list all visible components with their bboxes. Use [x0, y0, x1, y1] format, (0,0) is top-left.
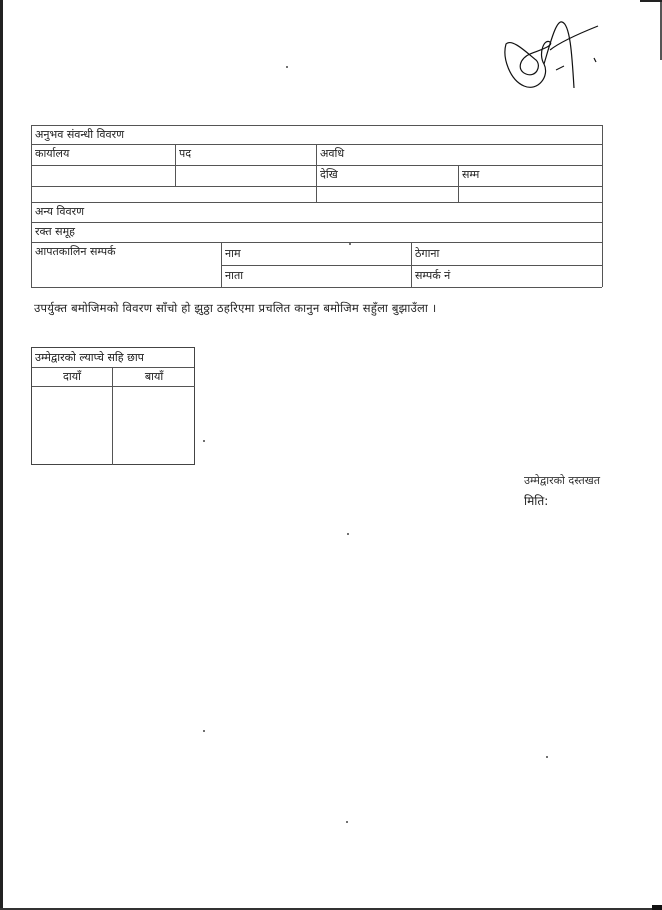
right-thumbprint-area [32, 387, 113, 465]
post-field[interactable] [176, 166, 315, 186]
scan-edge [652, 905, 662, 910]
from-date-field[interactable] [317, 187, 457, 202]
date-label: मिति: [524, 492, 548, 509]
right-thumb-label: दायाँ [32, 368, 113, 387]
scan-edge [0, 0, 3, 910]
other-details-title: अन्य विवरण [32, 203, 87, 221]
left-thumbprint-area [113, 387, 195, 465]
thumbprint-title: उम्मेद्वारको ल्याप्चे सहि छाप [32, 348, 194, 368]
blood-group-label: रक्त समूह [32, 223, 78, 241]
emergency-contact-label: आपतकालिन सम्पर्क [32, 243, 119, 261]
to-label: सम्म [459, 166, 482, 184]
contact-number-label: सम्पर्क नं [412, 267, 453, 285]
duration-label: अवधि [317, 145, 347, 163]
office-label: कार्यालय [32, 145, 72, 163]
applicant-signature-label: उम्मेद्वारको दस्तखत [524, 473, 600, 488]
scan-speck [546, 756, 548, 758]
scan-edge [640, 0, 662, 2]
scan-speck [349, 243, 351, 245]
from-label: देखि [317, 166, 341, 184]
name-label: नाम [222, 245, 244, 263]
relation-label: नाता [222, 267, 246, 285]
declaration-text: उपर्युक्त बमोजिमको विवरण साँचो हो झुठ्ठा… [34, 301, 436, 316]
scan-speck [203, 440, 205, 442]
address-label: ठेगाना [412, 245, 442, 263]
scan-speck [203, 730, 205, 732]
left-thumb-label: बायाँ [113, 368, 195, 387]
scan-speck [347, 533, 349, 535]
post-label: पद [176, 145, 194, 163]
experience-section-title: अनुभव संवन्धी विवरण [32, 126, 127, 144]
handwritten-signature [498, 14, 608, 94]
scan-speck [346, 821, 348, 823]
to-date-field[interactable] [459, 187, 601, 202]
scan-speck [286, 66, 288, 68]
thumbprint-box: उम्मेद्वारको ल्याप्चे सहि छाप दायाँ बाया… [31, 347, 195, 465]
office-field[interactable] [32, 166, 174, 186]
